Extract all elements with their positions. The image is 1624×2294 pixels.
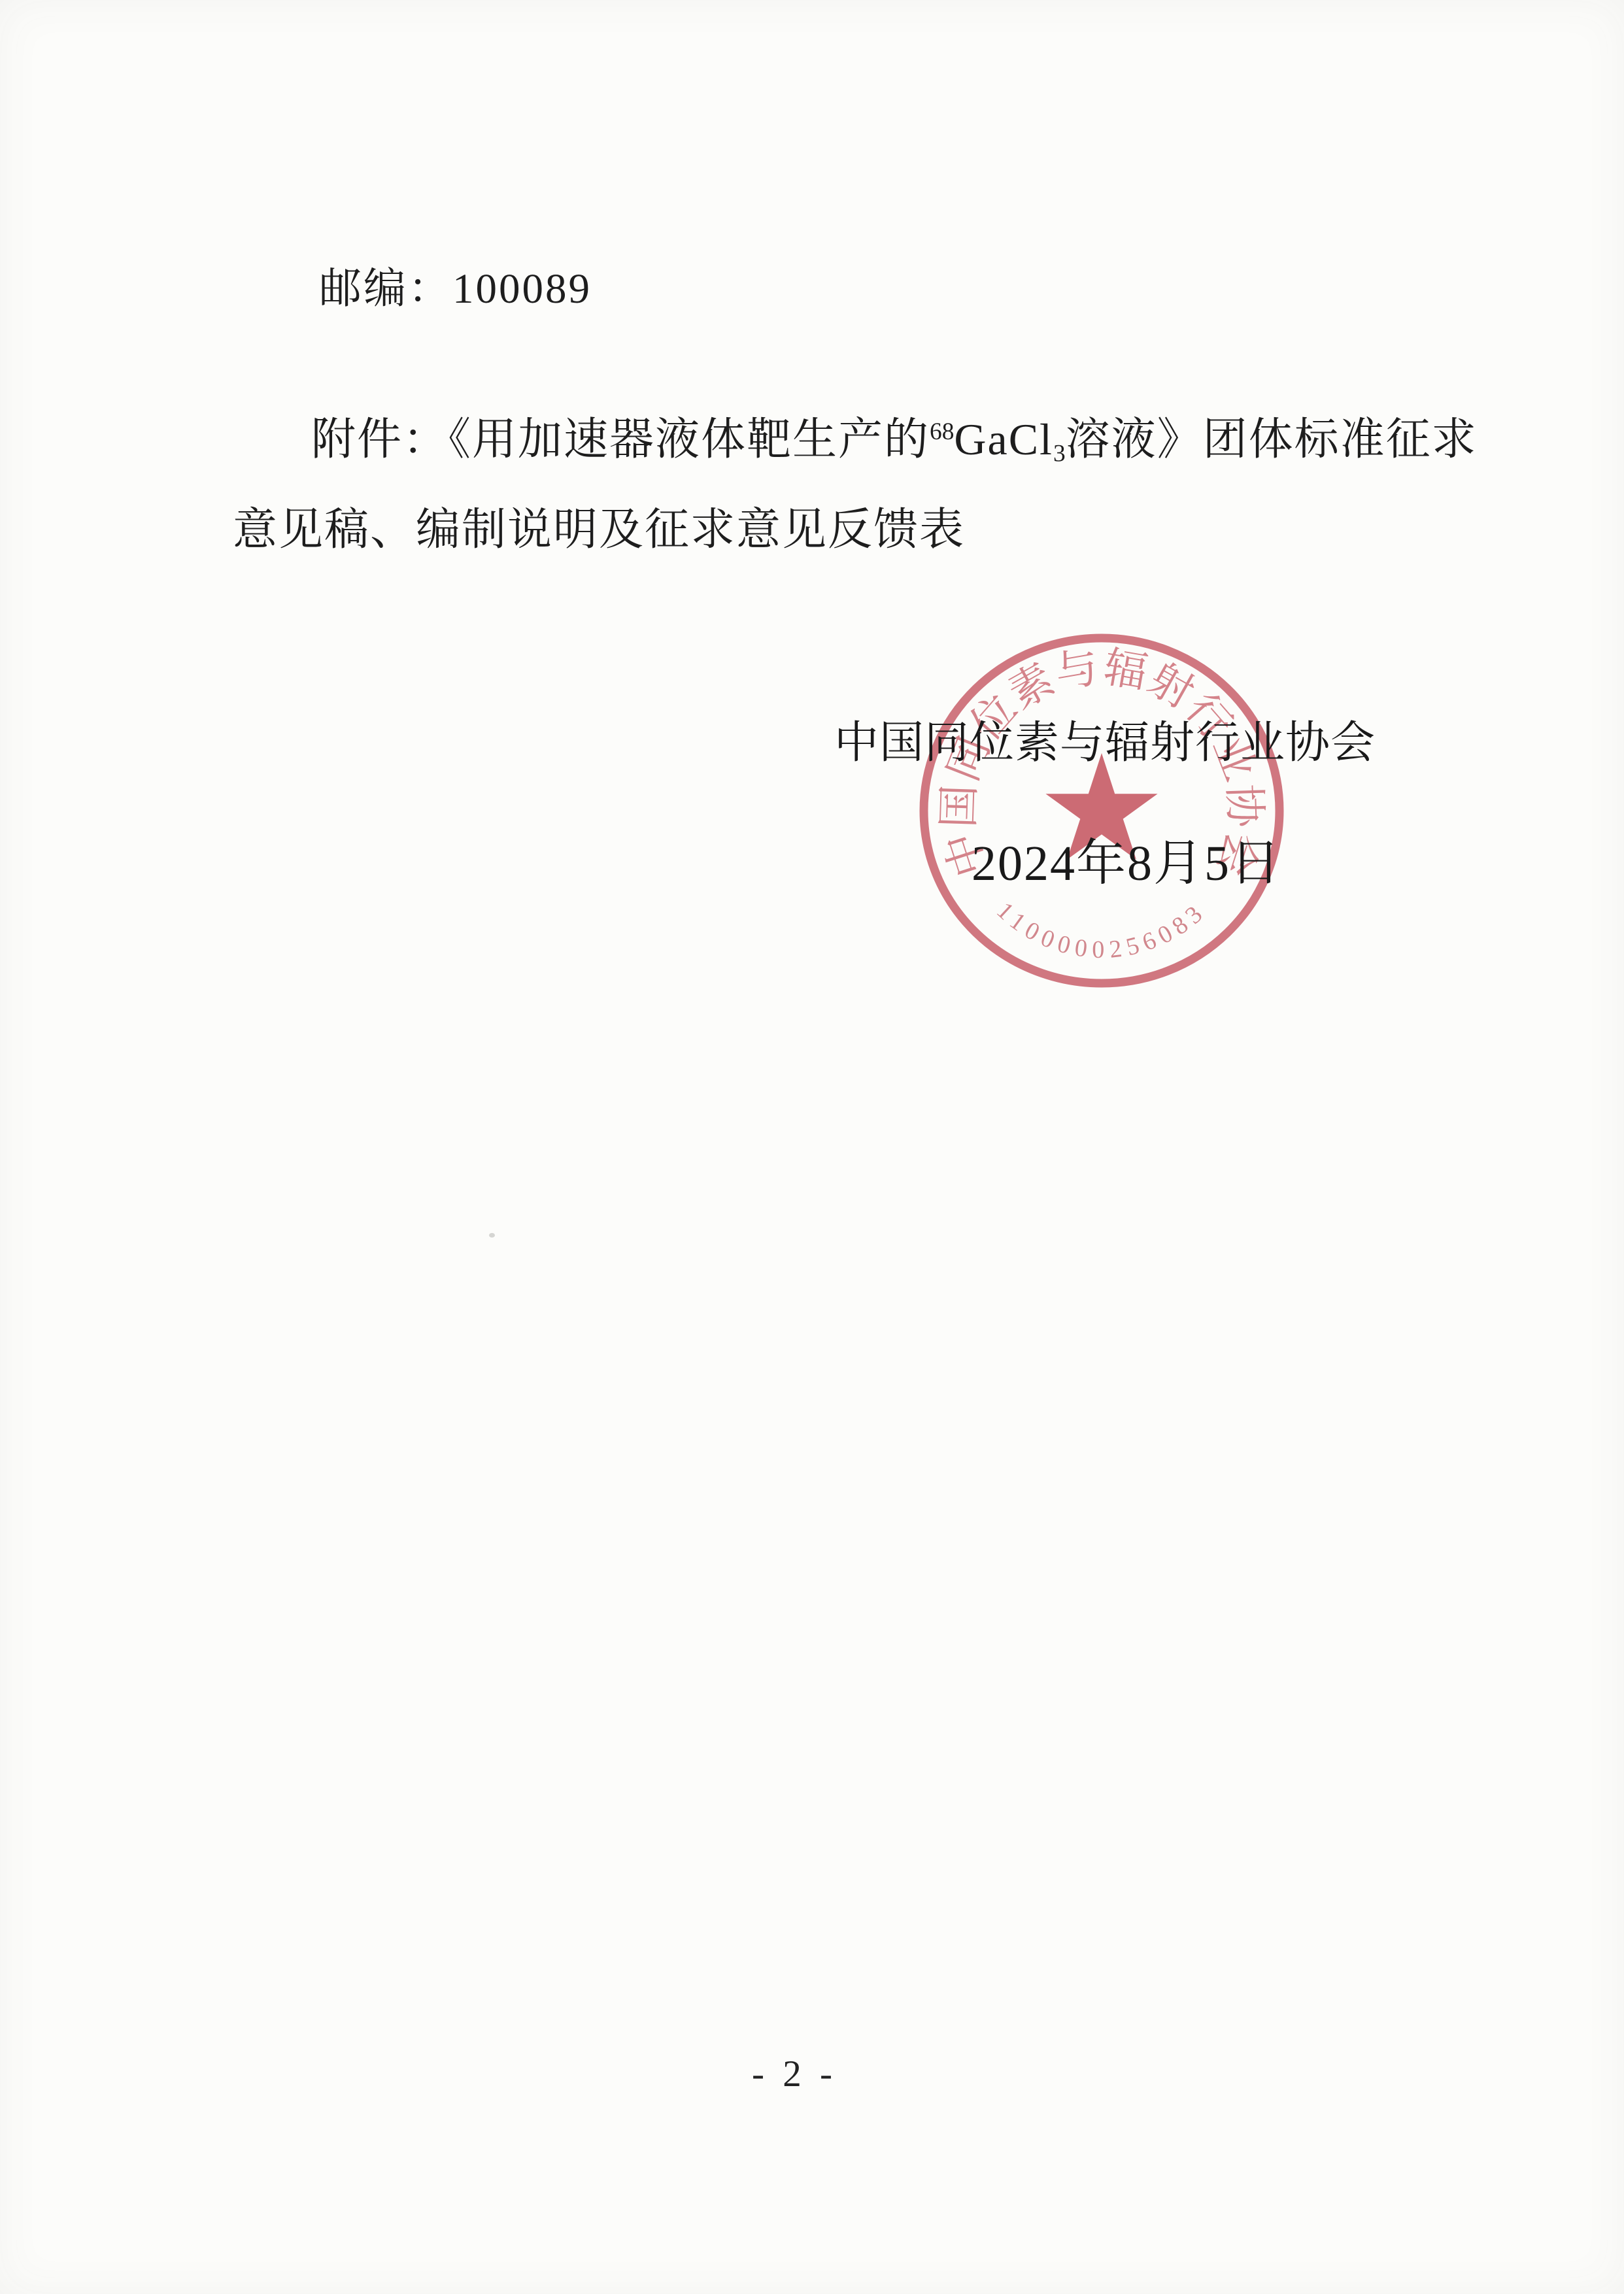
attachment-line1-suffix: 溶液》团体标准征求 [1066, 414, 1478, 464]
signature-date: 2024年8月5日 [972, 839, 1281, 888]
scan-artifact-speck [489, 1233, 495, 1238]
seal-serial-number: 1100000256083 [991, 897, 1212, 964]
attachment-line1-prefix: 附件：《用加速器液体靶生产的 [311, 414, 930, 464]
page-number: - 2 - [752, 2055, 837, 2093]
document-page: 邮编：100089 附件：《用加速器液体靶生产的68GaCl3溶液》团体标准征求… [0, 0, 1624, 2294]
chemical-formula: GaCl [954, 414, 1053, 464]
official-seal-stamp: 中国同位素与辐射行业协会 1100000256083 [873, 582, 1330, 1039]
attachment-line-1: 附件：《用加速器液体靶生产的68GaCl3溶液》团体标准征求 [311, 417, 1478, 462]
formula-subscript: 3 [1053, 441, 1066, 465]
attachment-line-2: 意见稿、编制说明及征求意见反馈表 [233, 507, 965, 552]
postal-code-line: 邮编：100089 [319, 268, 592, 311]
isotope-superscript: 68 [930, 420, 954, 444]
organization-name: 中国同位素与辐射行业协会 [834, 720, 1376, 765]
